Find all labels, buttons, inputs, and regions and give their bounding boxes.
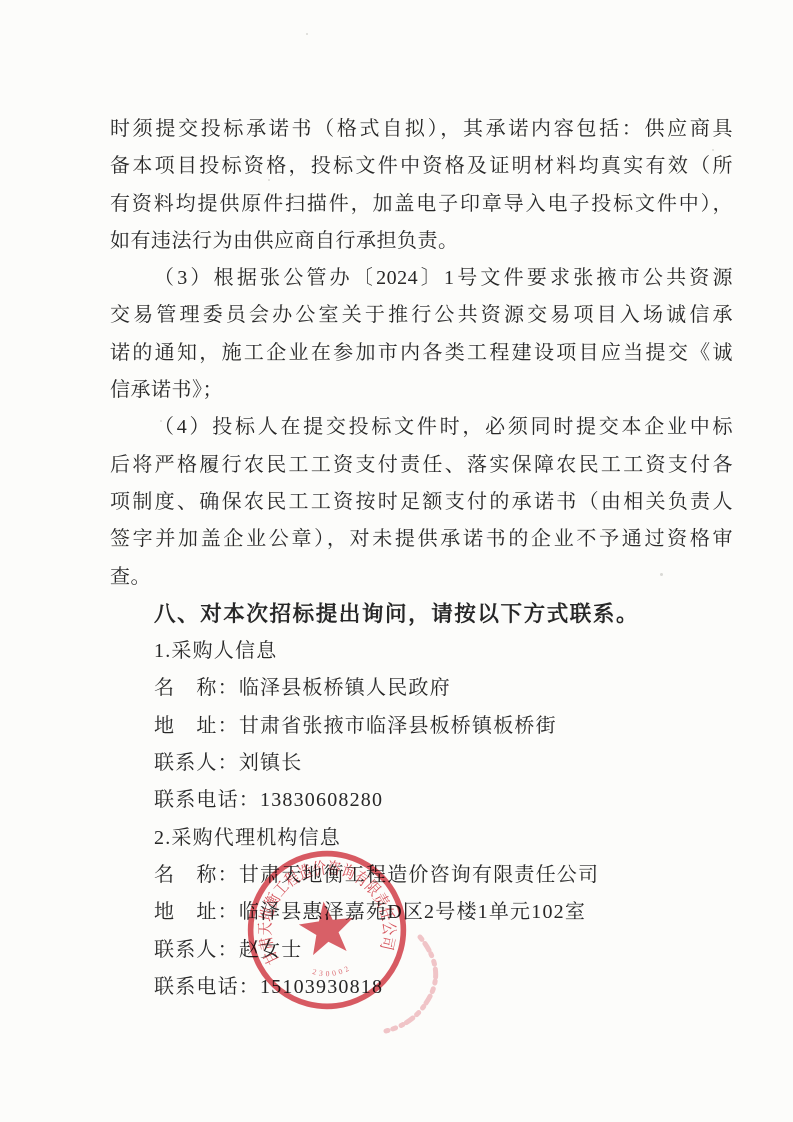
body-line: 项制度、确保农民工工资按时足额支付的承诺书（由相关负责人 bbox=[110, 484, 733, 521]
purchaser-name-row: 名 称：临泽县板桥镇人民政府 bbox=[110, 670, 733, 707]
body-line: 诺的通知，施工企业在参加市内各类工程建设项目应当提交《诚 bbox=[110, 335, 733, 372]
star-icon bbox=[296, 898, 356, 956]
document-text-column: 时须提交投标承诺书（格式自拟），其承诺内容包括：供应商具 备本项目投标资格，投标… bbox=[110, 111, 733, 1006]
field-label: 地 址： bbox=[154, 901, 239, 923]
body-line: 后将严格履行农民工工资支付责任、落实保障农民工工资支付各 bbox=[110, 447, 733, 484]
ghost-seal-arc bbox=[370, 925, 450, 1045]
scan-speck bbox=[306, 33, 308, 35]
body-line: 交易管理委员会办公室关于推行公共资源交易项目入场诚信承 bbox=[110, 297, 733, 334]
field-label: 名 称： bbox=[154, 864, 239, 886]
field-label: 联系人： bbox=[154, 939, 239, 961]
body-line: 查。 bbox=[110, 559, 733, 596]
body-line: （4）投标人在提交投标文件时，必须同时提交本企业中标 bbox=[110, 409, 733, 446]
field-label: 联系人： bbox=[154, 752, 239, 774]
field-value: 甘肃省张掖市临泽县板桥镇板桥街 bbox=[239, 715, 557, 737]
field-label: 名 称： bbox=[154, 677, 239, 699]
field-label: 联系电话： bbox=[154, 789, 260, 811]
scan-speck bbox=[160, 420, 162, 422]
purchaser-address-row: 地 址：甘肃省张掖市临泽县板桥镇板桥街 bbox=[110, 708, 733, 745]
scan-speck bbox=[536, 272, 538, 274]
body-line: 信承诺书》； bbox=[110, 372, 733, 409]
body-line: 备本项目投标资格，投标文件中资格及证明材料均真实有效（所 bbox=[110, 148, 733, 185]
purchaser-phone-row: 联系电话：13830608280 bbox=[110, 782, 733, 819]
body-line: 如有违法行为由供应商自行承担负责。 bbox=[110, 223, 733, 260]
scanned-document-page: 时须提交投标承诺书（格式自拟），其承诺内容包括：供应商具 备本项目投标资格，投标… bbox=[0, 0, 793, 1122]
purchaser-title: 1.采购人信息 bbox=[110, 633, 733, 670]
body-line: 签字并加盖企业公章），对未提供承诺书的企业不予通过资格审 bbox=[110, 521, 733, 558]
agency-name-row: 名 称：甘肃天地衡工程造价咨询有限责任公司 bbox=[110, 857, 733, 894]
scan-speck bbox=[712, 149, 714, 151]
body-line: （3）根据张公管办〔2024〕1号文件要求张掖市公共资源 bbox=[110, 260, 733, 297]
body-line: 有资料均提供原件扫描件，加盖电子印章导入电子投标文件中）， bbox=[110, 186, 733, 223]
agency-title: 2.采购代理机构信息 bbox=[110, 820, 733, 857]
purchaser-contact-row: 联系人：刘镇长 bbox=[110, 745, 733, 782]
scan-speck bbox=[268, 179, 270, 181]
body-line: 时须提交投标承诺书（格式自拟），其承诺内容包括：供应商具 bbox=[110, 111, 733, 148]
section-heading: 八、对本次招标提出询问，请按以下方式联系。 bbox=[110, 596, 733, 633]
field-value: 临泽县板桥镇人民政府 bbox=[239, 677, 451, 699]
scan-speck bbox=[660, 573, 663, 576]
field-label: 联系电话： bbox=[154, 976, 260, 998]
field-label: 地 址： bbox=[154, 715, 239, 737]
field-value: 刘镇长 bbox=[239, 752, 303, 774]
seal-code-text: 230002 bbox=[310, 962, 353, 980]
field-value: 13830608280 bbox=[260, 789, 383, 811]
